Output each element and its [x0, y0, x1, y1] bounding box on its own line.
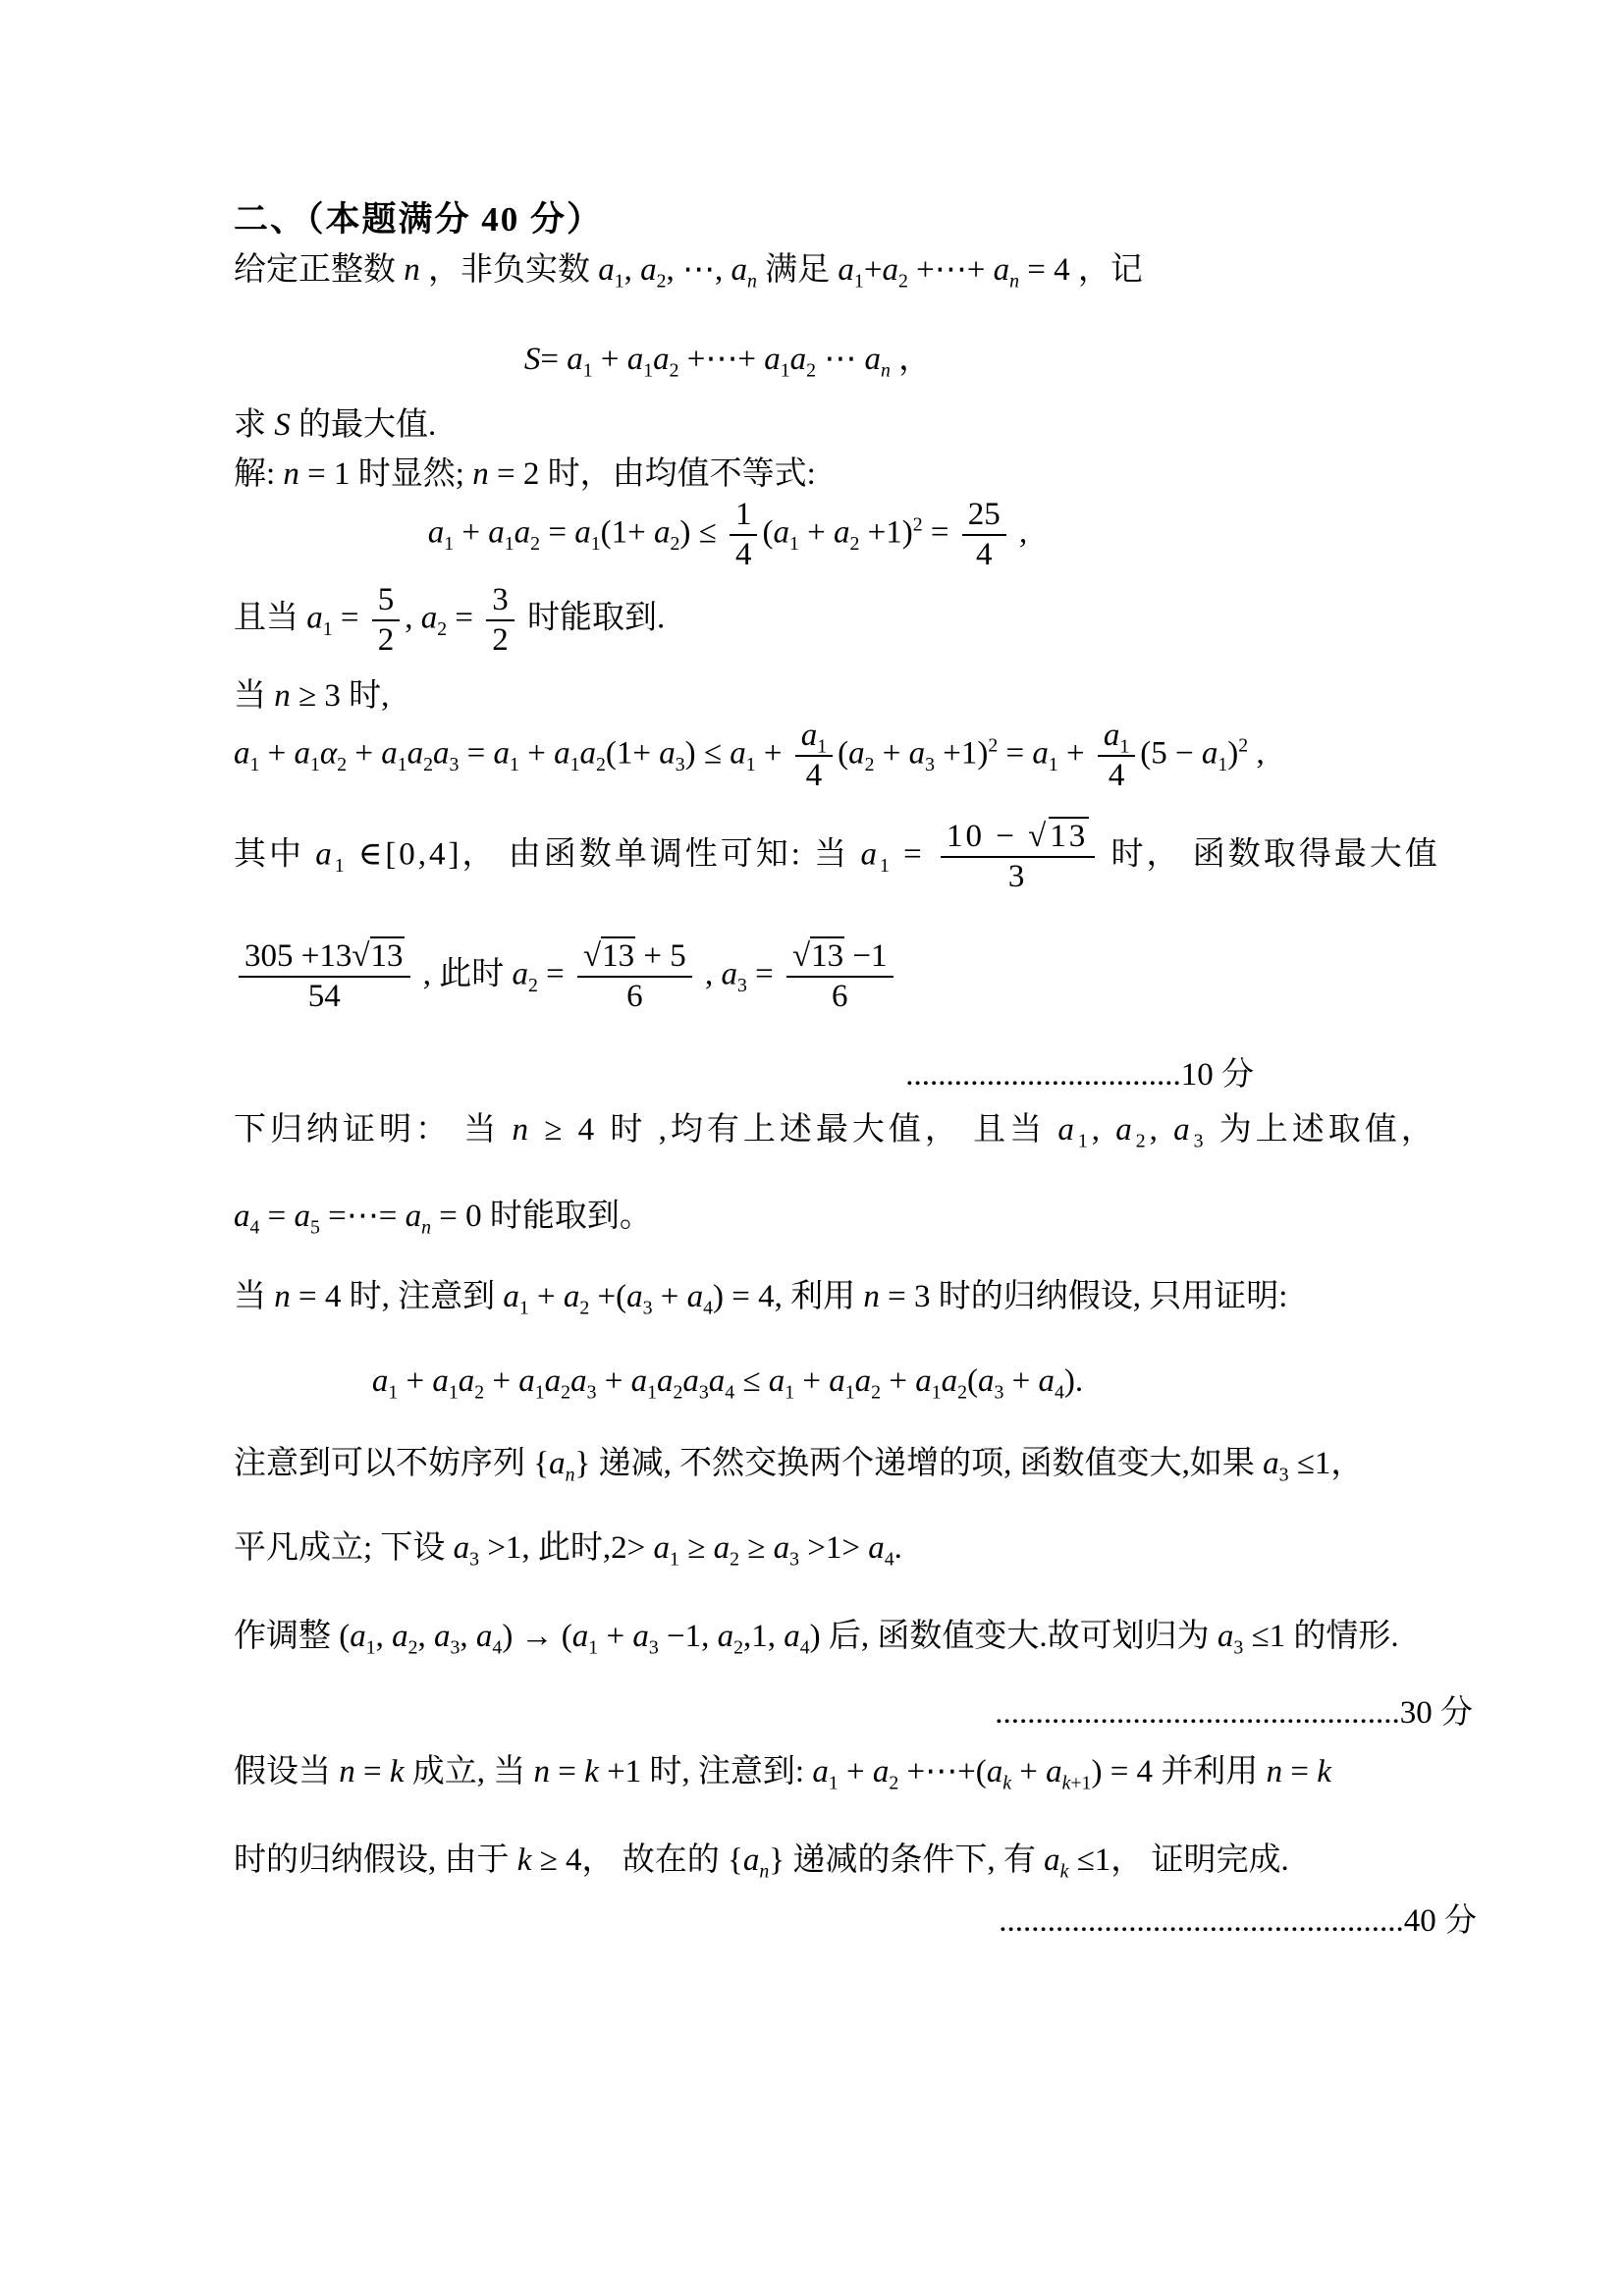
trivial-case-line: 平凡成立; 下设 a3 >1, 此时,2> a1 ≥ a2 ≥ a3 >1> a…: [234, 1525, 1394, 1571]
induction-conclusion-line: 时的归纳假设, 由于 k ≥ 4， 故在的 {an} 递减的条件下, 有 ak …: [234, 1838, 1394, 1883]
n-ge-3-line: 当 n ≥ 3 时,: [234, 673, 1394, 719]
induction-intro-line: 下归纳证明： 当 n ≥ 4 时 ,均有上述最大值， 且当 a1, a2, a3…: [234, 1107, 1394, 1152]
induction-step-line: 假设当 n = k 成立, 当 n = k +1 时, 注意到: a1 + a2…: [234, 1749, 1394, 1794]
amgm-inequality-formula: a1 + a1a2 = a1(1+ a2) ≤ 14(a1 + a2 +1)2 …: [234, 496, 1221, 574]
adjustment-line: 作调整 (a1, a2, a3, a4) → (a1 + a3 −1, a2,1…: [234, 1614, 1394, 1659]
solution-document-page: 二、（本题满分 40 分） 给定正整数 n ，非负实数 a1, a2, ⋯, a…: [0, 0, 1624, 2296]
decreasing-sequence-line: 注意到可以不妨序列 {an} 递减, 不然交换两个递增的项, 函数值变大,如果 …: [234, 1441, 1394, 1486]
max-value-line: 305 +13√1354 , 此时 a2 = √13 + 56 , a3 = √…: [234, 937, 1394, 1016]
monotonicity-line: 其中 a1 ∈[0,4]， 由函数单调性可知: 当 a1 = 10 − √133…: [234, 818, 1394, 896]
n3-expansion-formula: a1 + a1α2 + a1a2a3 = a1 + a1a2(1+ a3) ≤ …: [234, 717, 1221, 795]
problem-title: 二、（本题满分 40 分）: [234, 192, 603, 241]
score-10-line: ..................................10 分: [234, 1052, 1254, 1097]
formula-s-definition: S= a1 + a1a2 +⋯+ a1a2 ⋯ an ，: [234, 337, 1221, 382]
n4-inequality-formula: a1 + a1a2 + a1a2a3 + a1a2a3a4 ≤ a1 + a1a…: [234, 1359, 1221, 1404]
problem-statement-line: 给定正整数 n ，非负实数 a1, a2, ⋯, an 满足 a1+a2 +⋯+…: [234, 247, 1394, 293]
equality-case-n2-line: 且当 a1 = 52, a2 = 32 时能取到.: [234, 581, 1394, 660]
question-line: 求 S 的最大值.: [234, 402, 1394, 448]
zero-tail-line: a4 = a5 =⋯= an = 0 时能取到。: [234, 1194, 1394, 1239]
solution-start-line: 解: n = 1 时显然; n = 2 时，由均值不等式:: [234, 452, 1394, 497]
score-40-line: ........................................…: [234, 1898, 1477, 1944]
score-30-line: ........................................…: [234, 1690, 1473, 1735]
n4-case-line: 当 n = 4 时, 注意到 a1 + a2 +(a3 + a4) = 4, 利…: [234, 1274, 1394, 1319]
